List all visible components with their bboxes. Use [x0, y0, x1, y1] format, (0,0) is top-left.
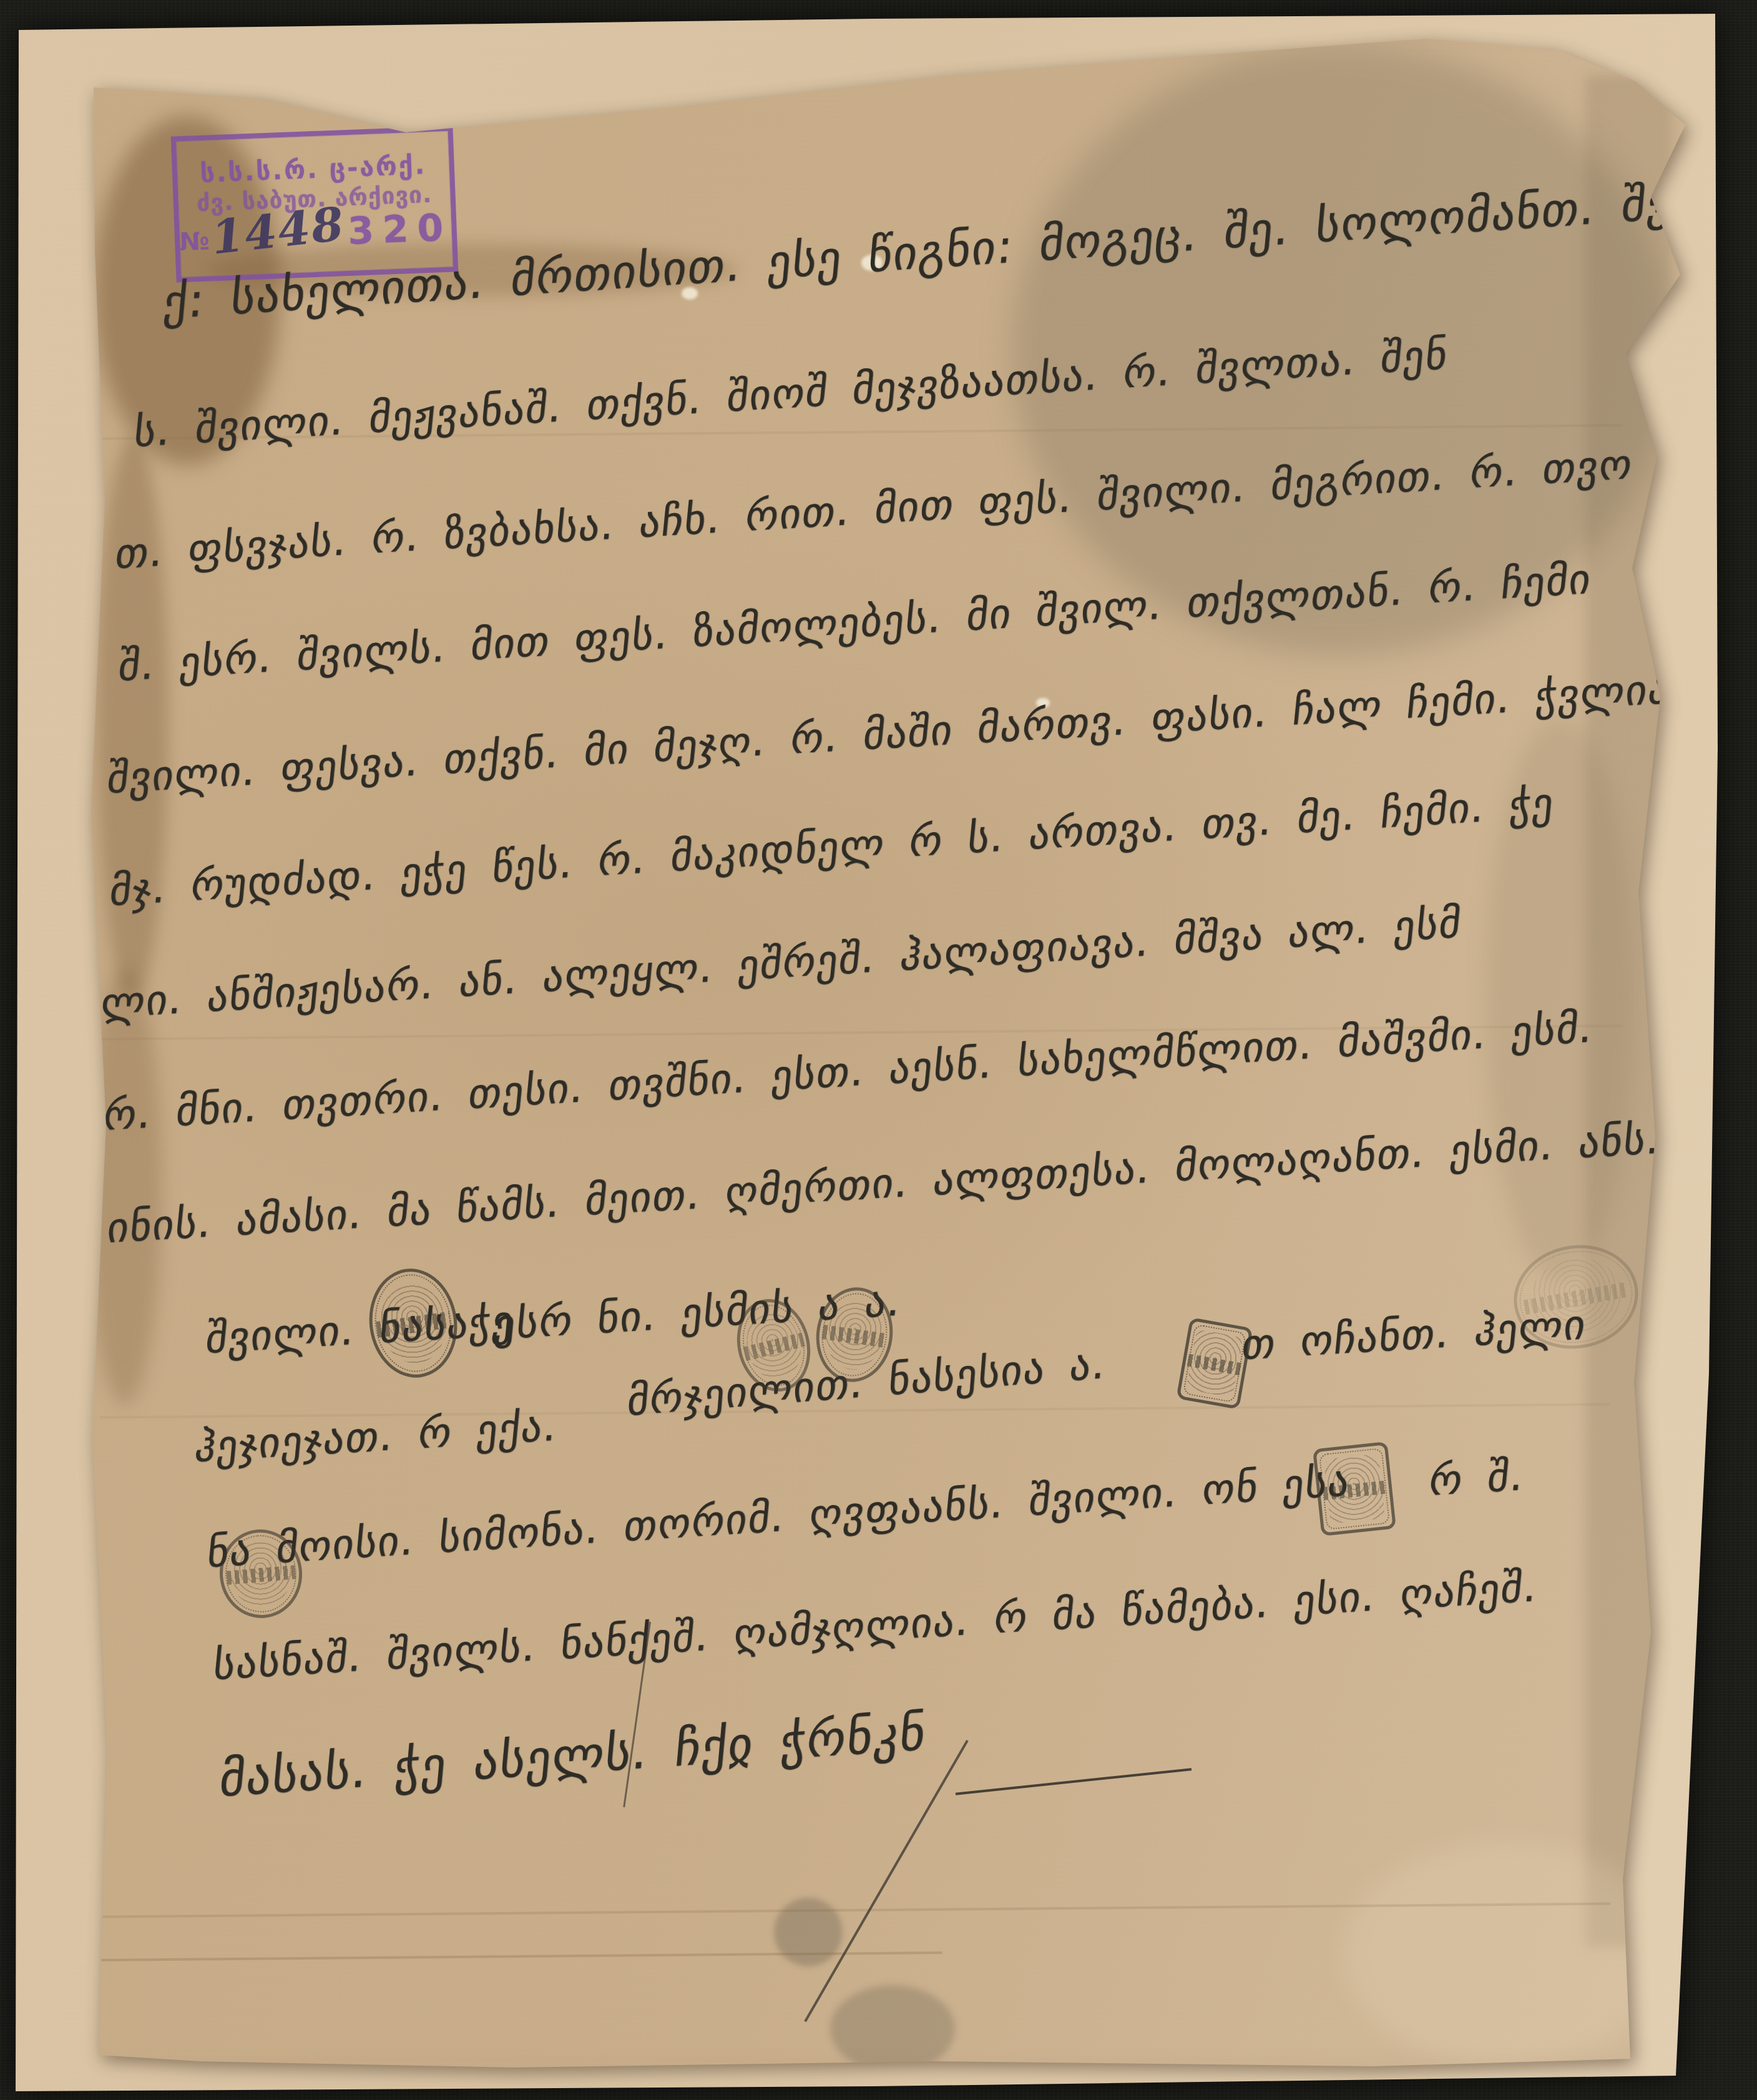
- manuscript-line-9: ინის. ამასი. მა წამს. მეით. ღმერთი. ალფთ…: [106, 1119, 1662, 1249]
- stain-bottom-right-light: [1342, 1842, 1666, 2066]
- manuscript-line-3: თ. ფსვჯას. რ. ზვბახსა. აჩხ. რით. მით ფეს…: [114, 444, 1634, 575]
- ink-seal-rect-1: [1176, 1317, 1253, 1410]
- seal-speck: [1323, 1454, 1385, 1524]
- manuscript-line-8: რ. მნი. თვთრი. თესი. თვშნი. ესთ. აესნ. ს…: [102, 1007, 1595, 1137]
- stain-left-streak-lower: [87, 968, 162, 1405]
- ink-seal-faint-oval: [1505, 1235, 1647, 1358]
- manuscript-line-5: შვილი. ფესვა. თქვნ. მი მეჯღ. რ. მაში მარ…: [106, 669, 1671, 800]
- manuscript-line-10: შვილი. ნასაჭე: [205, 1300, 515, 1360]
- stamp-number-row: № 1448 320: [179, 205, 453, 260]
- manuscript-shadow: ს.ს.ს.რ. ც-არქ. ძვ. საბუთ. არქივი. № 144…: [0, 0, 1757, 2100]
- manuscript-line-7: ლი. ანშიჟესარ. ან. ალეყლ. ეშრეშ. ჰალაფია…: [100, 903, 1463, 1024]
- manuscript-line-15: ნა მოისი. სიმონა. თორიმ. ღვფაანს. შვილი.…: [206, 1461, 1351, 1574]
- manuscript-line-2: ს. შვილი. მეჟვანაშ. თქვნ. შიოშ მეჯვზაათს…: [133, 334, 1449, 453]
- manuscript-line-13: ჰეჯიეჯათ. რ ექა.: [193, 1406, 559, 1468]
- manuscript-line-16: რ შ.: [1428, 1455, 1525, 1502]
- ink-seal-oval-3: [810, 1282, 899, 1387]
- ink-seal-rect-2: [1313, 1441, 1396, 1536]
- manuscript-line-6: მჯ. რუდძად. ეჭე წეს. რ. მაკიდნელ რ ს. არ…: [109, 783, 1555, 912]
- scan-background: ს.ს.ს.რ. ც-არქ. ძვ. საბუთ. არქივი. № 144…: [0, 0, 1757, 2100]
- manuscript-line-17: სასნაშ. შვილს. ნანქეშ. ღამჯღლია. რ მა წა…: [212, 1566, 1539, 1686]
- stamp-number-handwritten: 1448: [210, 205, 347, 257]
- stamp-numero-sign: №: [179, 227, 210, 257]
- ink-seal-oval-1: [363, 1263, 464, 1383]
- signature-descender-flourish: [804, 1740, 968, 2022]
- stain-bottom-smudge-2: [774, 1898, 843, 1966]
- stamp-number-printed: 320: [347, 205, 453, 253]
- stain-right-edge-band: [1585, 75, 1673, 1948]
- ink-seal-round-1: [216, 1526, 306, 1622]
- manuscript-line-18: მასას. ჭე ასელს. ჩქჲ ჭრნკნ: [218, 1709, 927, 1804]
- stain-bottom-smudge: [830, 1985, 955, 2073]
- fold-line-5: [100, 1951, 942, 1961]
- fold-line-4: [100, 1902, 1610, 1918]
- manuscript-paper: ს.ს.ს.რ. ც-არქ. ძვ. საბუთ. არქივი. № 144…: [0, 0, 1757, 2100]
- manuscript-line-4: შ. ესრ. შვილს. მით ფეს. ზამოლებეს. მი შვ…: [117, 559, 1593, 687]
- signature-underline-flourish: [956, 1768, 1192, 1795]
